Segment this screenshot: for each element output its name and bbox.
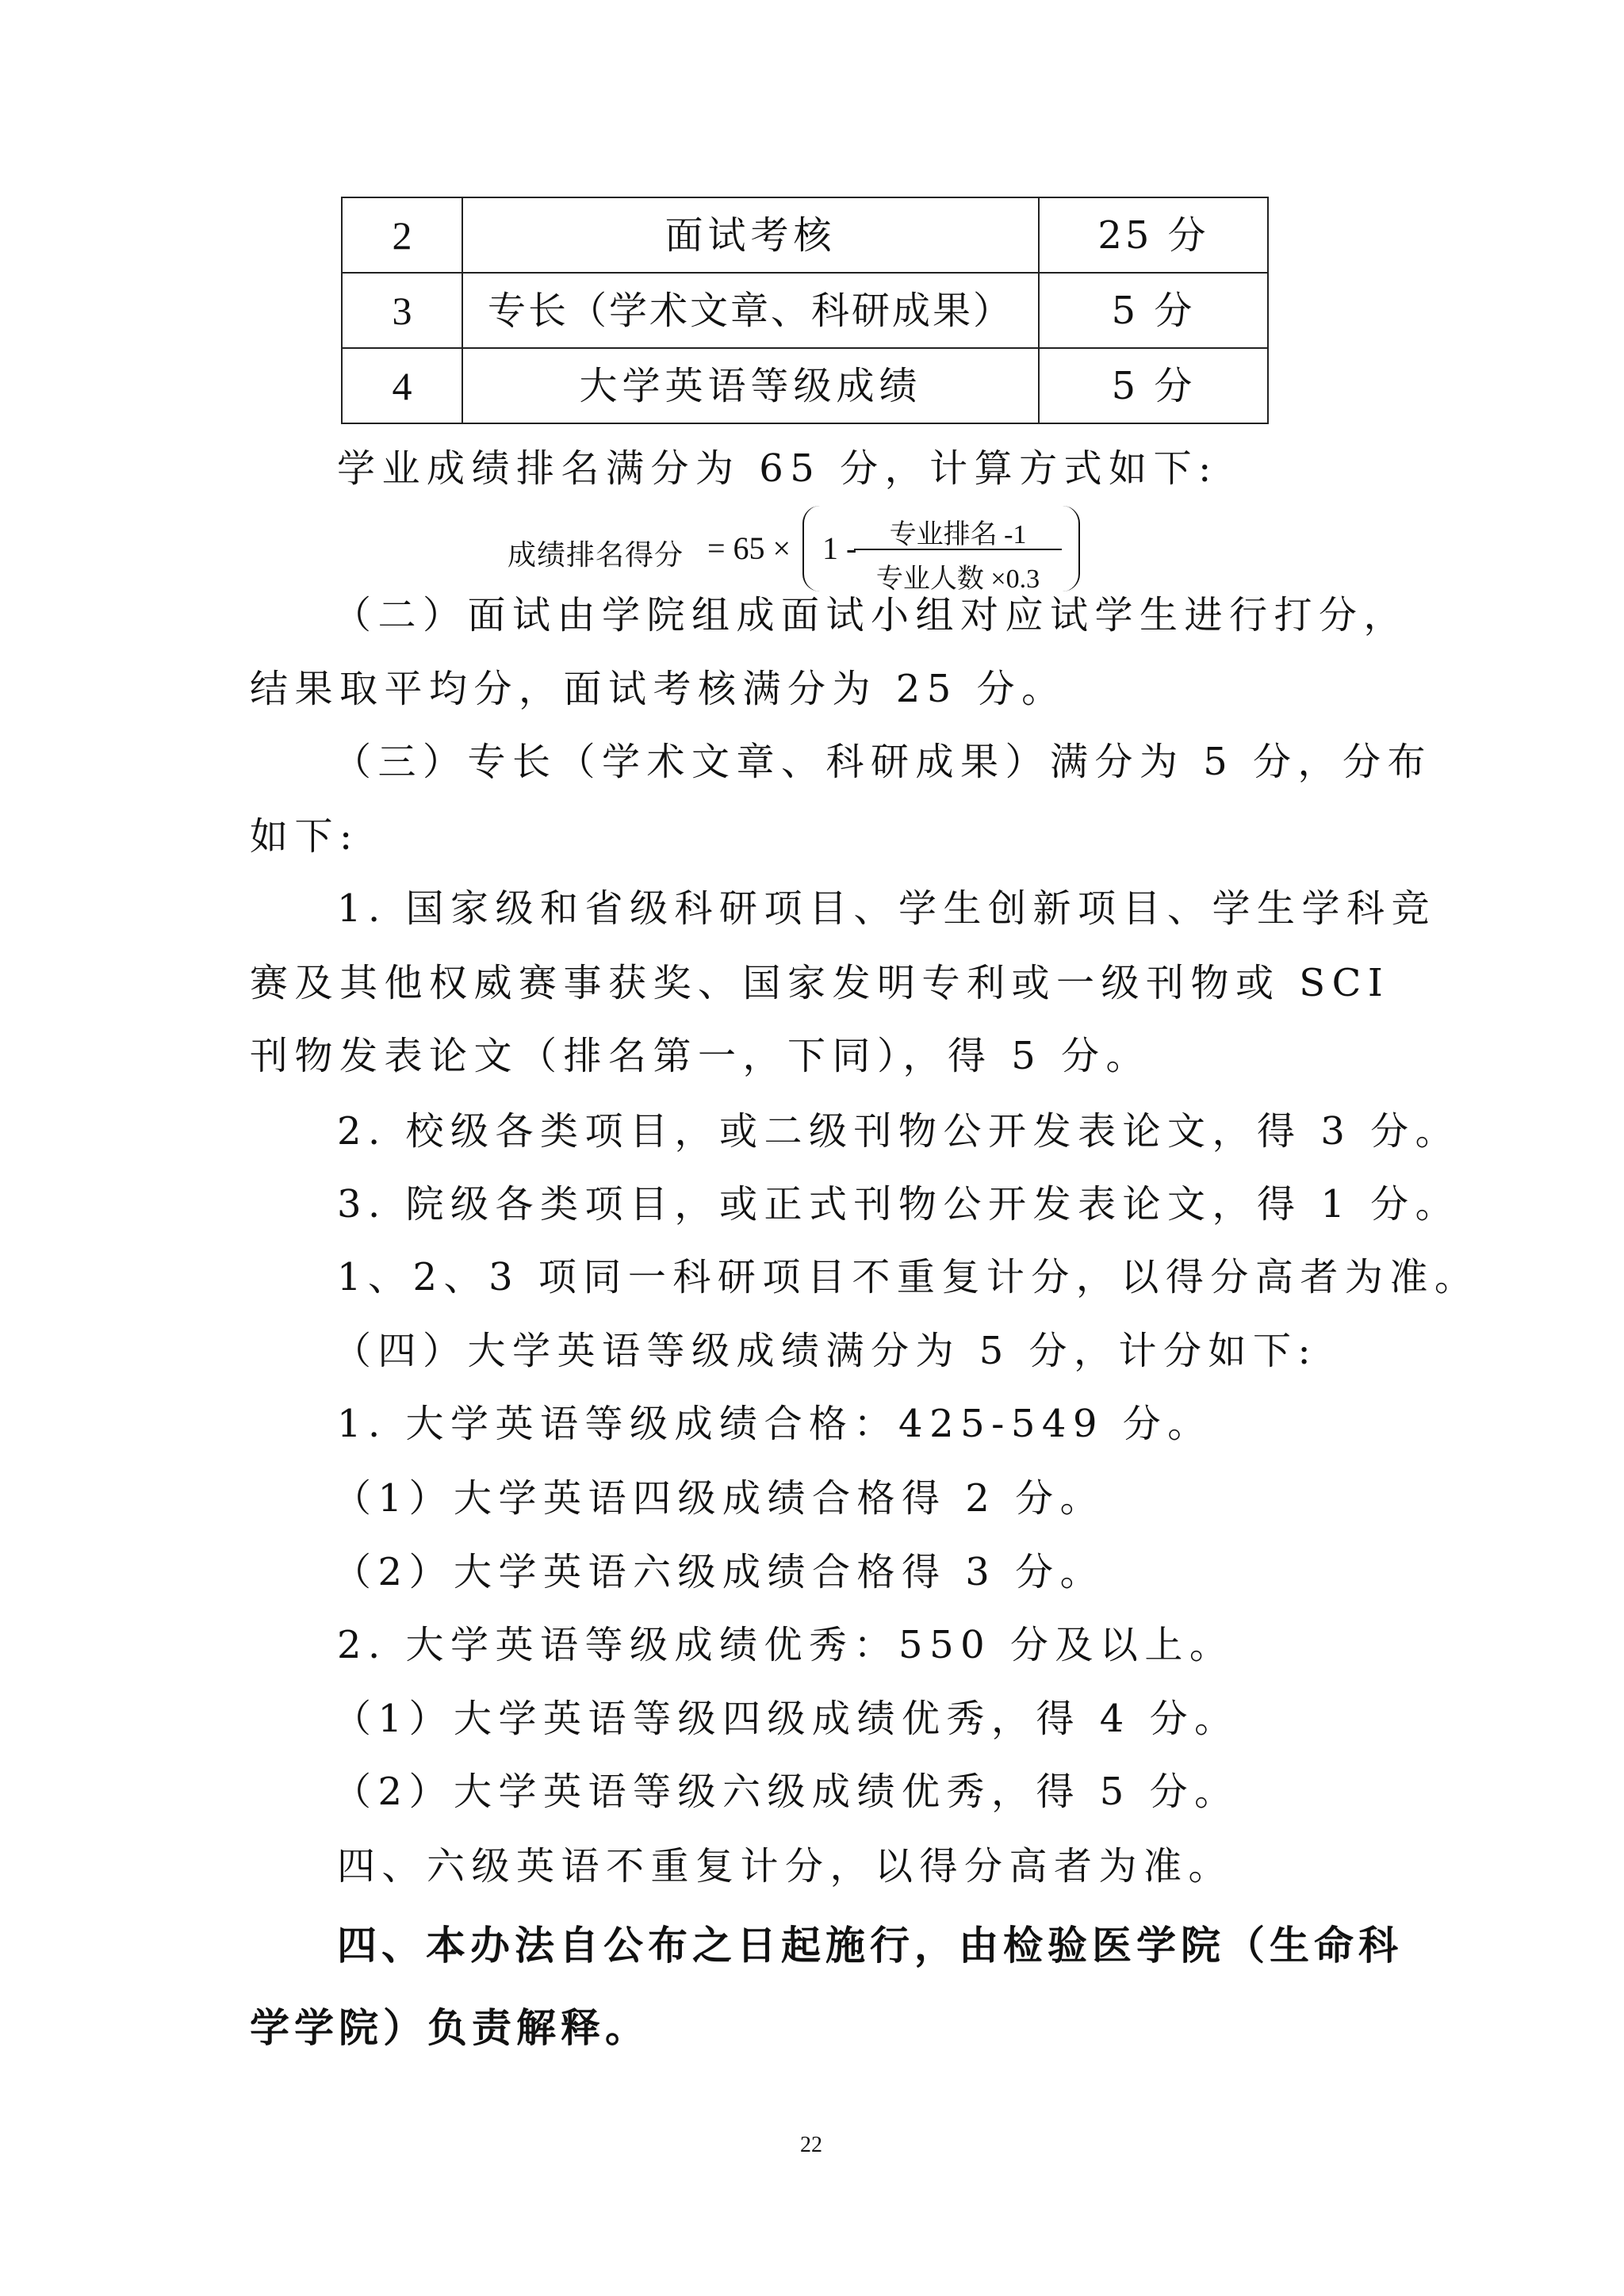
formula-coefficient: = 65 × <box>707 530 791 567</box>
item1-line3: 刊物发表论文（排名第一，下同），得 5 分。 <box>250 1032 1384 1080</box>
row-points: 5 分 <box>1039 273 1268 348</box>
table-row: 3 专长（学术文章、科研成果） 5 分 <box>342 273 1268 348</box>
item3: 3. 院级各类项目，或正式刊物公开发表论文，得 1 分。 <box>337 1181 1471 1228</box>
specialty-paragraph-line2: 如下: <box>250 813 1384 860</box>
formula-one-minus: 1 - <box>822 530 856 567</box>
row-points: 25 分 <box>1039 197 1268 273</box>
fraction-bar <box>854 549 1062 550</box>
item1-line1: 1. 国家级和省级科研项目、学生创新项目、学生学科竞 <box>337 885 1471 932</box>
row-points: 5 分 <box>1039 348 1268 423</box>
row-index: 2 <box>342 197 462 273</box>
english-pass-cet4: （1）大学英语四级成绩合格得 2 分。 <box>333 1475 1467 1522</box>
right-paren-icon <box>1063 506 1080 591</box>
english-excellent: 2. 大学英语等级成绩优秀：550 分及以上。 <box>337 1621 1471 1669</box>
english-excellent-cet4: （1）大学英语等级四级成绩优秀，得 4 分。 <box>333 1695 1467 1743</box>
english-no-duplicate: 四、六级英语不重复计分，以得分高者为准。 <box>337 1843 1471 1890</box>
interview-paragraph-line1: （二）面试由学院组成面试小组对应试学生进行打分， <box>333 591 1467 639</box>
score-table: 2 面试考核 25 分 3 专长（学术文章、科研成果） 5 分 4 大学英语等级… <box>341 197 1269 424</box>
row-item: 面试考核 <box>462 197 1039 273</box>
page-number: 22 <box>0 2133 1622 2158</box>
row-index: 4 <box>342 348 462 423</box>
final-article-line1: 四、本办法自公布之日起施行，由检验医学院（生命科 <box>337 1922 1471 1969</box>
formula-numerator: 专业排名 -1 <box>854 512 1062 551</box>
table-row: 2 面试考核 25 分 <box>342 197 1268 273</box>
english-excellent-cet6: （2）大学英语等级六级成绩优秀，得 5 分。 <box>333 1768 1467 1816</box>
row-item: 大学英语等级成绩 <box>462 348 1039 423</box>
english-pass-cet6: （2）大学英语六级成绩合格得 3 分。 <box>333 1548 1467 1596</box>
table-row: 4 大学英语等级成绩 5 分 <box>342 348 1268 423</box>
english-intro: （四）大学英语等级成绩满分为 5 分，计分如下: <box>333 1327 1467 1375</box>
formula-label: 成绩排名得分 <box>507 533 684 573</box>
left-paren-icon <box>802 506 820 591</box>
row-item: 专长（学术文章、科研成果） <box>462 273 1039 348</box>
interview-paragraph-line2: 结果取平均分，面试考核满分为 25 分。 <box>250 665 1384 713</box>
item2: 2. 校级各类项目，或二级刊物公开发表论文，得 3 分。 <box>337 1108 1471 1155</box>
academic-rank-intro: 学业成绩排名满分为 65 分，计算方式如下: <box>337 445 1471 492</box>
final-article-line2: 学学院）负责解释。 <box>250 2004 1384 2052</box>
english-pass: 1. 大学英语等级成绩合格：425-549 分。 <box>337 1400 1471 1448</box>
row-index: 3 <box>342 273 462 348</box>
rank-score-formula: 成绩排名得分 = 65 × 1 - 专业排名 -1 专业人数 ×0.3 <box>507 504 1094 595</box>
specialty-paragraph-line1: （三）专长（学术文章、科研成果）满分为 5 分，分布 <box>333 738 1467 786</box>
no-duplicate-note: 1、2、3 项同一科研项目不重复计分，以得分高者为准。 <box>337 1253 1471 1301</box>
formula-denominator: 专业人数 ×0.3 <box>854 557 1062 595</box>
item1-line2: 赛及其他权威赛事获奖、国家发明专利或一级刊物或 SCI <box>250 959 1384 1007</box>
